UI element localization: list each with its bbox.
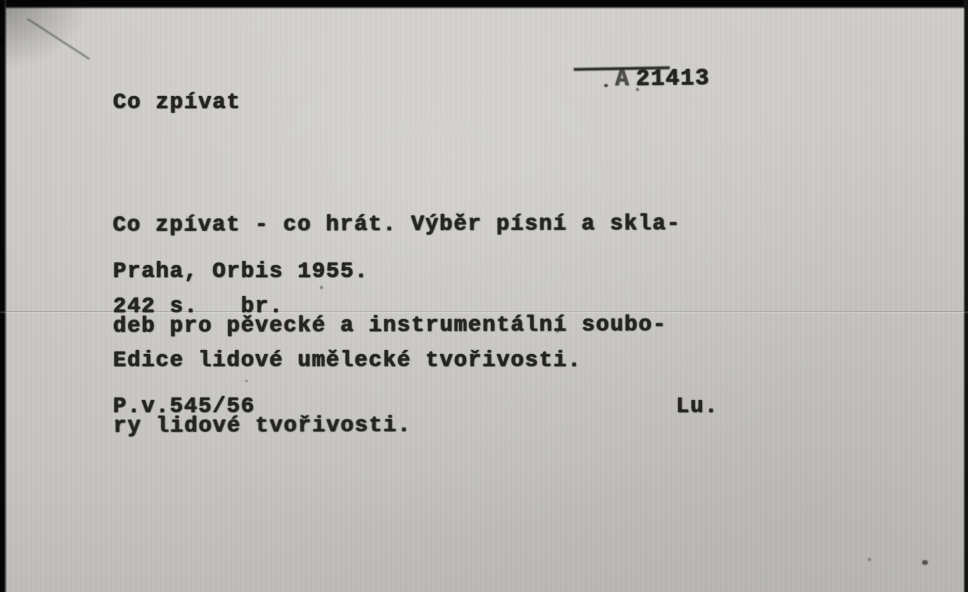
scan-edge-left — [0, 0, 7, 592]
ink-speck — [604, 84, 608, 87]
ink-speck — [320, 286, 323, 289]
card-description: Co zpívat - co hrát. Výběr písní a skla-… — [113, 140, 682, 510]
imprint-line: Praha, Orbis 1955. — [113, 259, 369, 284]
scan-edge-right — [963, 0, 968, 592]
ink-speck — [868, 558, 871, 561]
series-line: Edice lidové umělecké tvořivosti. — [113, 348, 582, 373]
catalog-number-prefix: A — [615, 66, 630, 92]
corner-shadow — [0, 0, 90, 70]
ink-speck — [636, 88, 639, 91]
catalog-number-stamp: A21413 — [555, 39, 710, 145]
ink-speck — [922, 560, 928, 565]
ink-speck — [556, 330, 559, 333]
record-number: P.v.545/56 — [113, 394, 255, 419]
collation-line: 242 s. br. — [113, 294, 283, 319]
scan-edge-top — [0, 0, 968, 9]
card-title: Co zpívat — [113, 90, 241, 115]
catalog-card-scan: A21413 Co zpívat Co zpívat - co hrát. Vý… — [0, 0, 968, 592]
ink-speck — [245, 380, 248, 382]
cataloguer-initials: Lu. — [676, 394, 719, 419]
description-line: Co zpívat - co hrát. Výběr písní a skla- — [113, 207, 681, 242]
